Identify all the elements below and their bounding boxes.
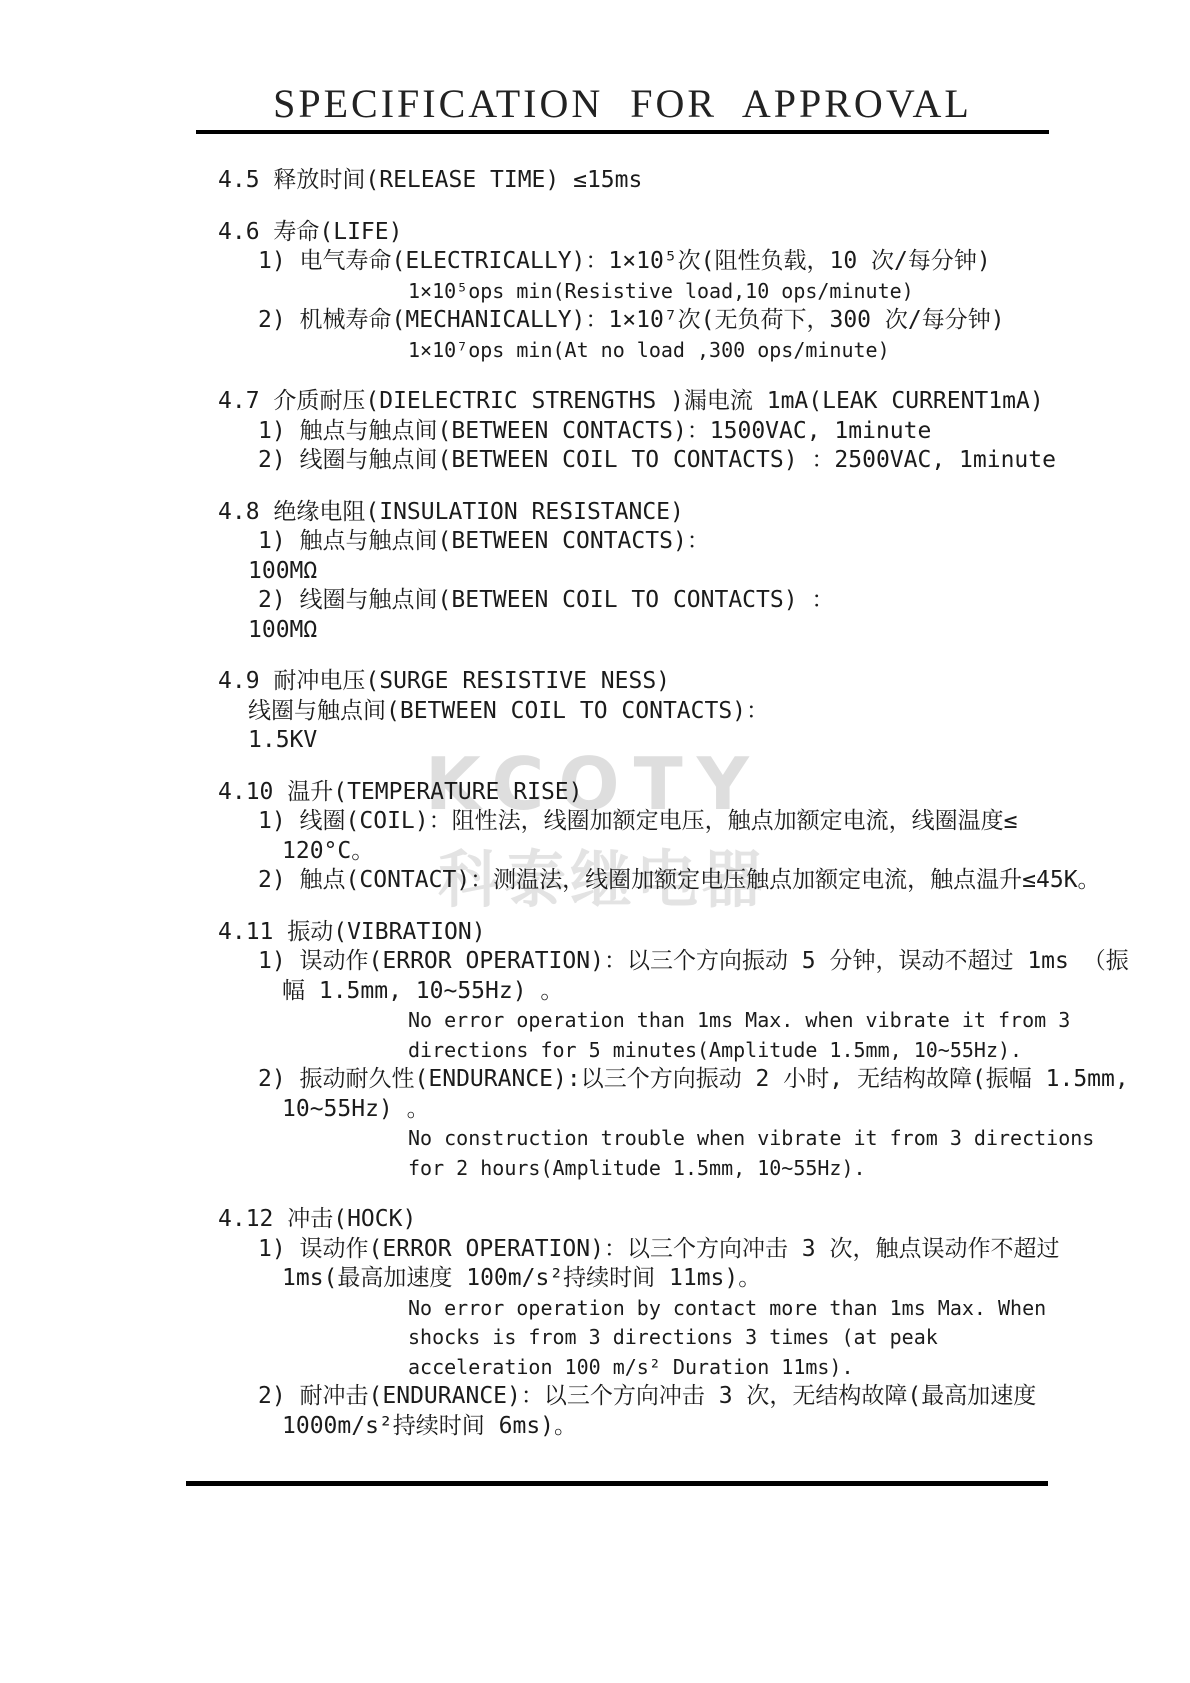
spec-value-line: 1.5KV xyxy=(248,726,1190,756)
spec-line-english: 1×10⁵ops min(Resistive load,10 ops/minut… xyxy=(408,277,1190,307)
section-heading: 4.6 寿命(LIFE) xyxy=(218,218,1190,248)
spec-line-english: 1×10⁷ops min(At no load ,300 ops/minute) xyxy=(408,336,1190,366)
section-heading: 4.7 介质耐压(DIELECTRIC STRENGTHS )漏电流 1mA(L… xyxy=(218,387,1190,417)
spec-line: 1) 误动作(ERROR OPERATION)：以三个方向振动 5 分钟，误动不… xyxy=(258,947,1190,977)
section-4-12: 4.12 冲击(HOCK) 1) 误动作(ERROR OPERATION)：以三… xyxy=(0,1205,1190,1441)
footer-rule xyxy=(186,1481,1048,1486)
section-heading: 4.12 冲击(HOCK) xyxy=(218,1205,1190,1235)
spec-line: 2) 线圈与触点间(BETWEEN COIL TO CONTACTS) ： xyxy=(258,586,1190,616)
spec-line: 2) 线圈与触点间(BETWEEN COIL TO CONTACTS) ：250… xyxy=(258,446,1190,476)
section-heading: 4.9 耐冲电压(SURGE RESISTIVE NESS) xyxy=(218,667,1190,697)
section-4-10: 4.10 温升(TEMPERATURE RISE) 1) 线圈(COIL)：阻性… xyxy=(0,778,1190,896)
document-body: 4.5 释放时间(RELEASE TIME) ≤15ms 4.6 寿命(LIFE… xyxy=(0,166,1190,1441)
section-heading: 4.5 释放时间(RELEASE TIME) ≤15ms xyxy=(218,166,1190,196)
spec-value-line: 100MΩ xyxy=(248,616,1190,646)
spec-line-continuation: 10~55Hz) 。 xyxy=(282,1095,1190,1125)
spec-line-continuation: 120°C。 xyxy=(282,837,1190,867)
spec-line-english: shocks is from 3 directions 3 times (at … xyxy=(408,1323,1190,1353)
spec-line: 2) 机械寿命(MECHANICALLY)：1×10⁷次(无负荷下，300 次/… xyxy=(258,306,1190,336)
section-4-8: 4.8 绝缘电阻(INSULATION RESISTANCE) 1) 触点与触点… xyxy=(0,498,1190,646)
spec-line: 2) 耐冲击(ENDURANCE)：以三个方向冲击 3 次，无结构故障(最高加速… xyxy=(258,1382,1190,1412)
spec-line: 2) 触点(CONTACT)：测温法，线圈加额定电压触点加额定电流，触点温升≤4… xyxy=(258,866,1190,896)
section-4-11: 4.11 振动(VIBRATION) 1) 误动作(ERROR OPERATIO… xyxy=(0,918,1190,1184)
spec-line: 2) 振动耐久性(ENDURANCE):以三个方向振动 2 小时, 无结构故障(… xyxy=(258,1065,1190,1095)
section-4-5: 4.5 释放时间(RELEASE TIME) ≤15ms xyxy=(0,166,1190,196)
section-4-6: 4.6 寿命(LIFE) 1) 电气寿命(ELECTRICALLY)：1×10⁵… xyxy=(0,218,1190,366)
spec-line: 1) 触点与触点间(BETWEEN CONTACTS)： xyxy=(258,527,1190,557)
spec-line-continuation: 幅 1.5mm, 10~55Hz) 。 xyxy=(282,977,1190,1007)
section-heading: 4.8 绝缘电阻(INSULATION RESISTANCE) xyxy=(218,498,1190,528)
spec-line-continuation: 1ms(最高加速度 100m/s²持续时间 11ms)。 xyxy=(282,1264,1190,1294)
spec-value-line: 100MΩ xyxy=(248,557,1190,587)
spec-line: 1) 线圈(COIL)：阻性法，线圈加额定电压，触点加额定电流，线圈温度≤ xyxy=(258,807,1190,837)
section-heading: 4.11 振动(VIBRATION) xyxy=(218,918,1190,948)
spec-line-english: No error operation by contact more than … xyxy=(408,1294,1190,1324)
section-4-7: 4.7 介质耐压(DIELECTRIC STRENGTHS )漏电流 1mA(L… xyxy=(0,387,1190,476)
spec-line-english: No error operation than 1ms Max. when vi… xyxy=(408,1006,1190,1036)
spec-line: 1) 触点与触点间(BETWEEN CONTACTS)：1500VAC, 1mi… xyxy=(258,417,1190,447)
spec-line: 1) 电气寿命(ELECTRICALLY)：1×10⁵次(阻性负载，10 次/每… xyxy=(258,247,1190,277)
spec-line: 1) 误动作(ERROR OPERATION)：以三个方向冲击 3 次，触点误动… xyxy=(258,1235,1190,1265)
spec-line-english: for 2 hours(Amplitude 1.5mm, 10~55Hz). xyxy=(408,1154,1190,1184)
section-4-9: 4.9 耐冲电压(SURGE RESISTIVE NESS) 线圈与触点间(BE… xyxy=(0,667,1190,756)
spec-line-english: acceleration 100 m/s² Duration 11ms). xyxy=(408,1353,1190,1383)
page-title: SPECIFICATION FOR APPROVAL xyxy=(196,80,1049,127)
header-rule xyxy=(196,130,1049,134)
spec-line-english: No construction trouble when vibrate it … xyxy=(408,1124,1190,1154)
spec-line: 线圈与触点间(BETWEEN COIL TO CONTACTS)： xyxy=(248,697,1190,727)
spec-line-english: directions for 5 minutes(Amplitude 1.5mm… xyxy=(408,1036,1190,1066)
section-heading: 4.10 温升(TEMPERATURE RISE) xyxy=(218,778,1190,808)
spec-line-continuation: 1000m/s²持续时间 6ms)。 xyxy=(282,1412,1190,1442)
